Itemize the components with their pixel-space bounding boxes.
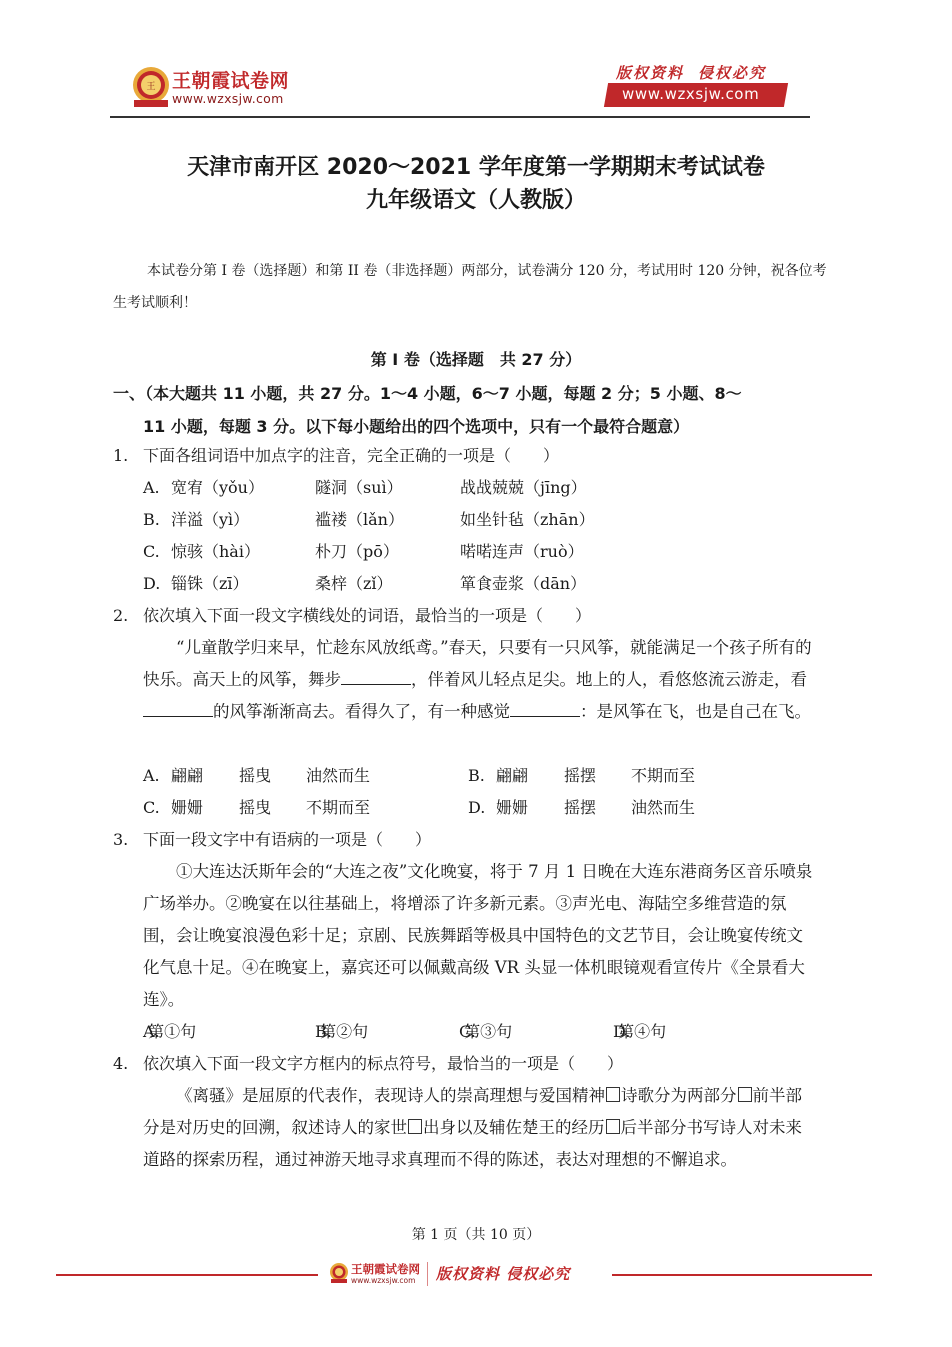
question-2-passage: “儿童散学归来早，忙趁东风放纸鸢。”春天，只要有一只风筝，就能满足一个孩子所有的… [143, 632, 815, 728]
punctuation-box-2 [738, 1087, 752, 1102]
q3-option-d: D. 第④句 [613, 1016, 618, 1048]
footer-copyright: 版权资料 侵权必究 [436, 1263, 570, 1284]
question-3-stem: 3.下面一段文字中有语病的一项是（ ） [113, 824, 833, 856]
footer-brand-url[interactable]: www.wzxsjw.com [351, 1276, 415, 1285]
brand-url-link[interactable]: www.wzxsjw.com [172, 91, 284, 106]
punctuation-box-1 [606, 1087, 620, 1102]
question-1-stem: 1.下面各组词语中加点字的注音，完全正确的一项是（ ） [113, 440, 833, 472]
svg-text:王: 王 [146, 81, 155, 92]
punctuation-box-3 [408, 1119, 422, 1134]
question-2-stem: 2.依次填入下面一段文字横线处的词语，最恰当的一项是（ ） [113, 600, 833, 632]
section-title: 第 I 卷（选择题 共 27 分） [0, 347, 952, 370]
punctuation-box-4 [606, 1119, 620, 1134]
section-desc-line2: 11 小题，每题 3 分。以下每小题给出的四个选项中，只有一个最符合题意） [113, 410, 833, 443]
footer-rule-right [612, 1274, 872, 1276]
copyright-notice: 版权资料侵权必究 [616, 62, 766, 83]
document-title: 天津市南开区 2020～2021 学年度第一学期期末考试试卷 [0, 150, 952, 181]
question-4-passage: 《离骚》是屈原的代表作，表现诗人的崇高理想与爱国精神诗歌分为两部分前半部分是对历… [143, 1080, 815, 1176]
q3-option-c: C. 第③句 [459, 1016, 464, 1048]
banner-url-link[interactable]: www.wzxsjw.com [622, 85, 759, 103]
copyright-left: 版权资料 [616, 64, 684, 82]
section-description: 一、（本大题共 11 小题，共 27 分。1～4 小题，6～7 小题，每题 2 … [113, 377, 833, 443]
section-desc-line1: 一、（本大题共 11 小题，共 27 分。1～4 小题，6～7 小题，每题 2 … [113, 377, 833, 410]
header-divider [110, 116, 810, 118]
q3-option-b: B. 第②句 [315, 1016, 320, 1048]
footer-brand-name: 王朝霞试卷网 [351, 1261, 420, 1277]
fill-blank-2 [143, 698, 213, 717]
footer-seal-icon [328, 1262, 350, 1284]
seal-emblem-icon: 王 [128, 64, 174, 110]
fill-blank-3 [510, 698, 580, 717]
q3-option-a: A. 第①句 [143, 1016, 148, 1048]
fill-blank-1 [341, 666, 411, 685]
brand-name: 王朝霞试卷网 [172, 66, 289, 93]
question-3-passage: ①大连达沃斯年会的“大连之夜”文化晚宴，将于 7 月 1 日晚在大连东港商务区音… [143, 856, 815, 1016]
footer-rule-left [56, 1274, 318, 1276]
document-subtitle: 九年级语文（人教版） [0, 183, 952, 214]
footer-divider [427, 1262, 428, 1286]
copyright-right: 侵权必究 [698, 64, 766, 82]
question-4-stem: 4.依次填入下面一段文字方框内的标点符号，最恰当的一项是（ ） [113, 1048, 833, 1080]
page-number: 第 1 页（共 10 页） [0, 1224, 952, 1244]
exam-instructions: 本试卷分第 I 卷（选择题）和第 II 卷（非选择题）两部分，试卷满分 120 … [113, 255, 828, 319]
